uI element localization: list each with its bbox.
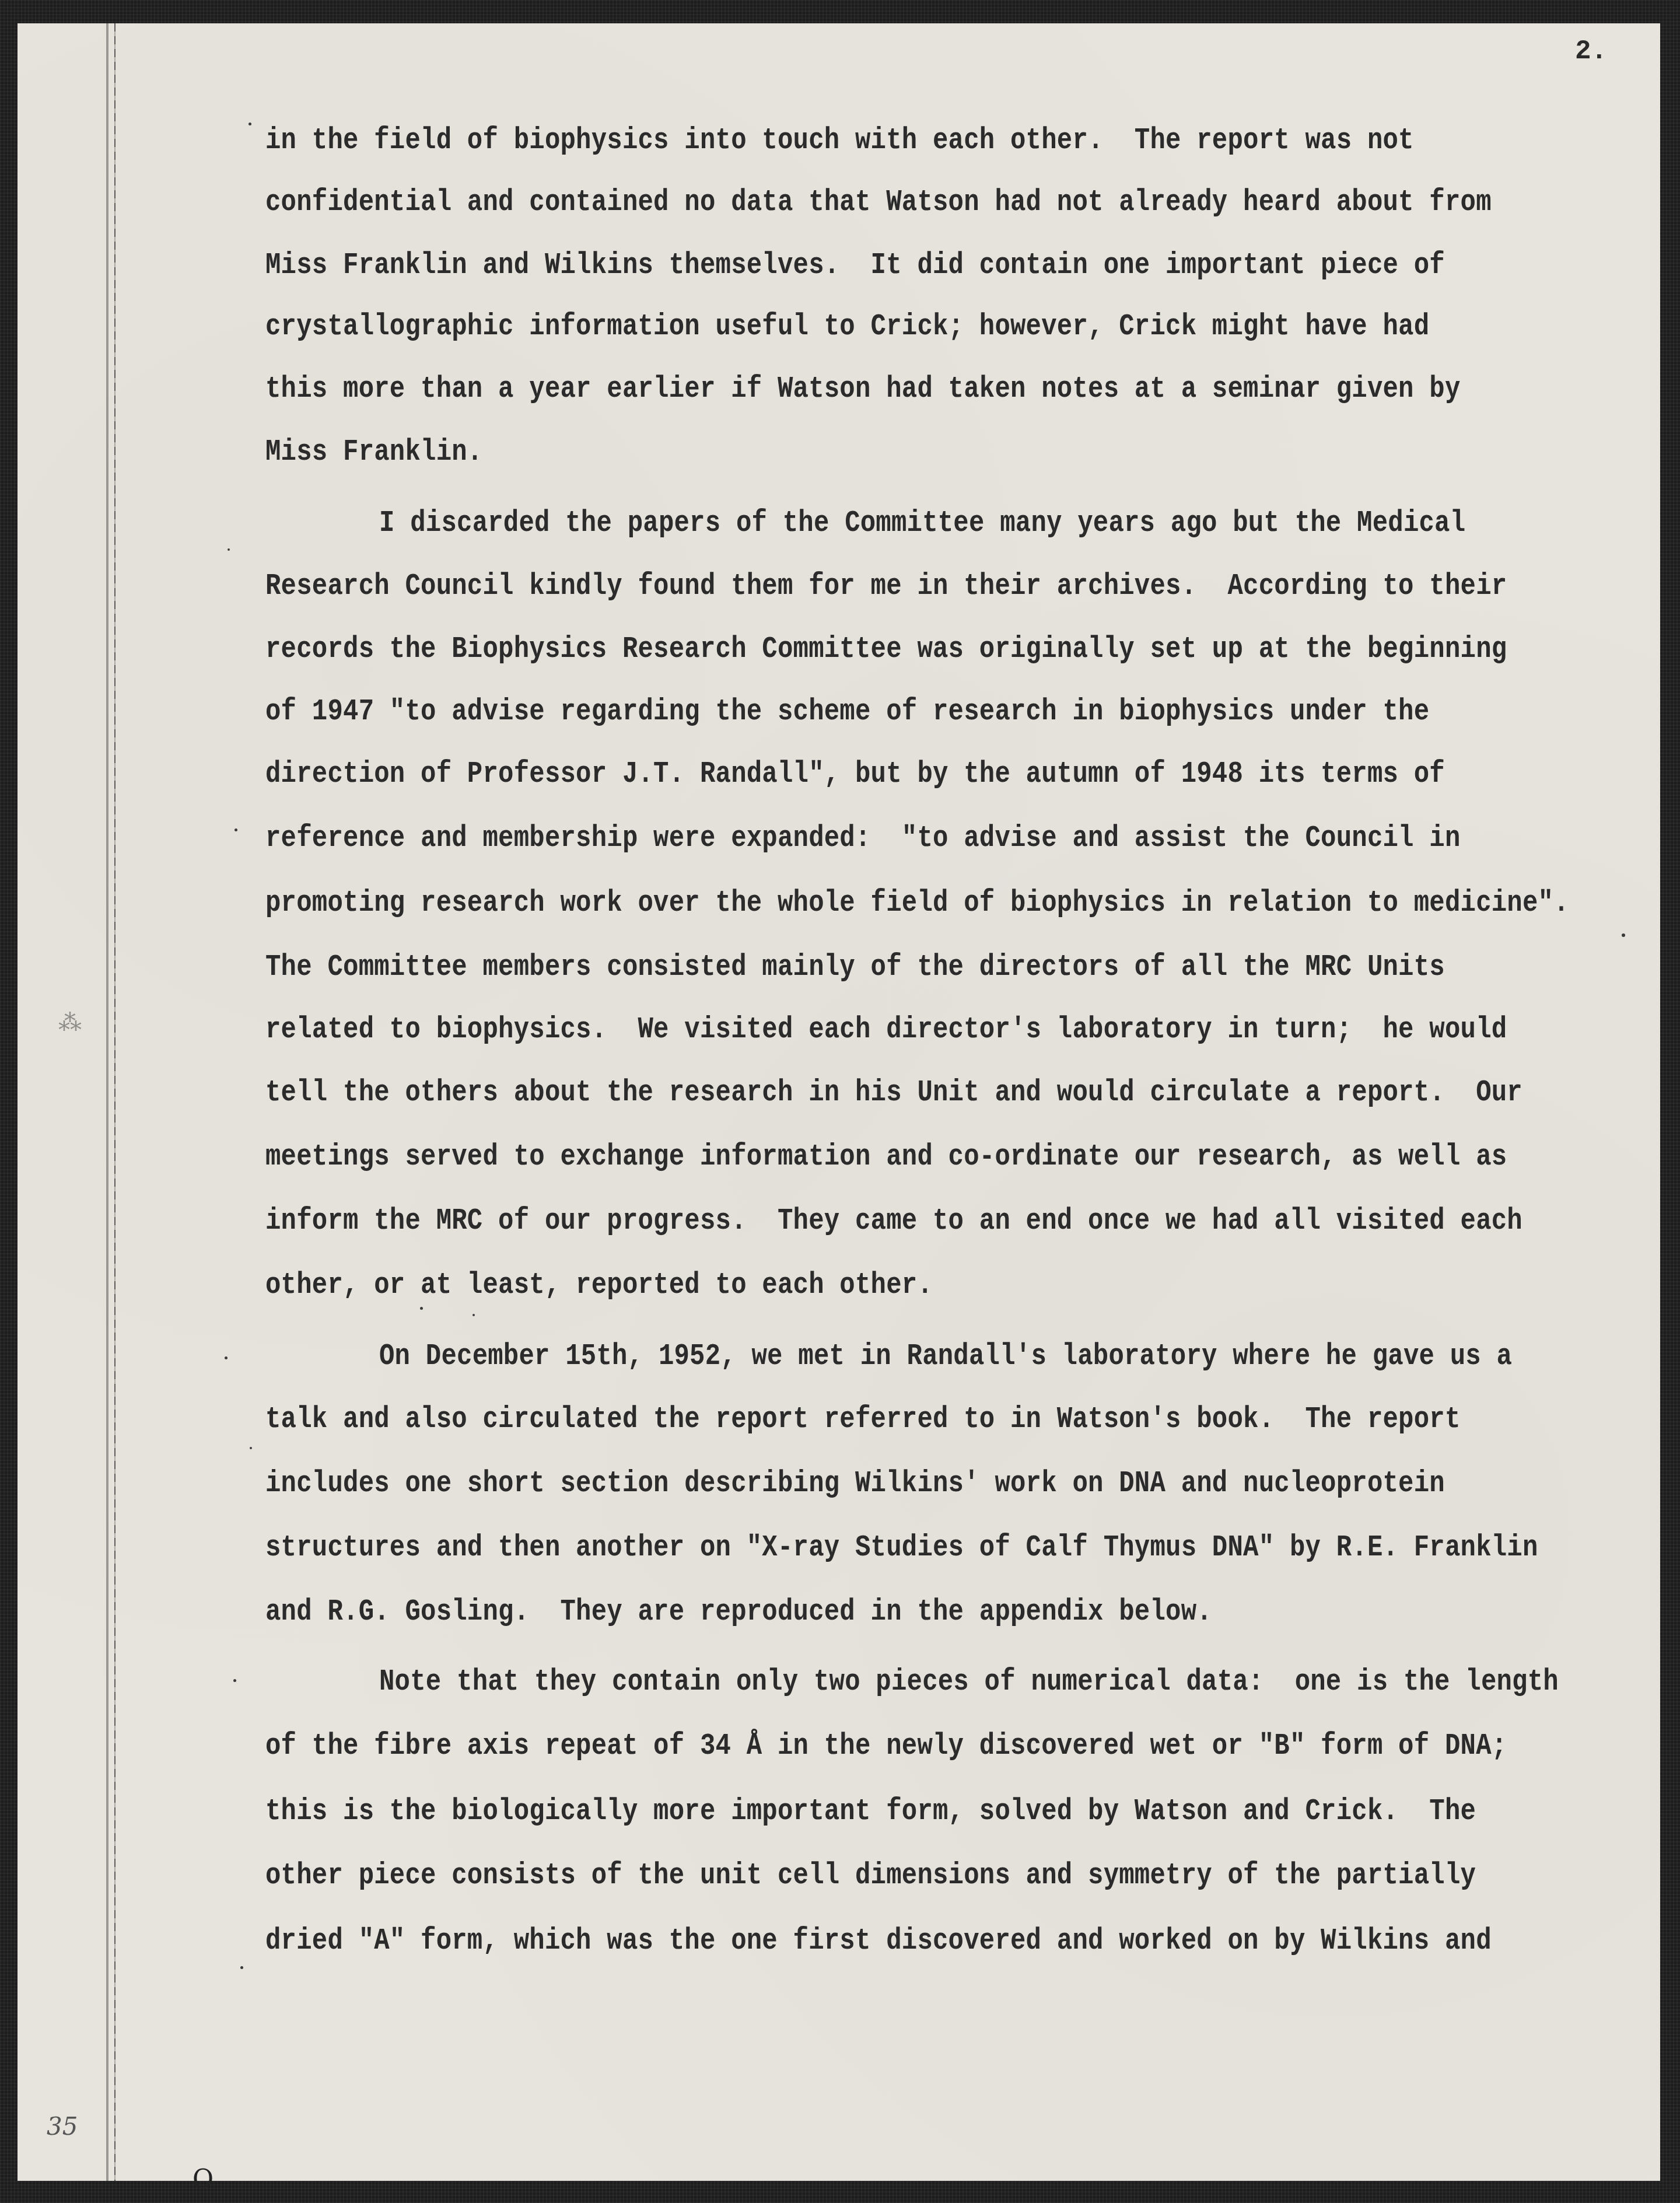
text-line: Research Council kindly found them for m… xyxy=(265,569,1507,604)
text-line: promoting research work over the whole f… xyxy=(265,886,1569,921)
text-line: in the field of biophysics into touch wi… xyxy=(265,124,1414,158)
text-line: talk and also circulated the report refe… xyxy=(265,1403,1461,1437)
text-line: includes one short section describing Wi… xyxy=(265,1467,1445,1501)
text-line: Note that they contain only two pieces o… xyxy=(379,1665,1559,1700)
page-number: 2. xyxy=(1575,36,1607,67)
document-page: 2. in the field of biophysics into touch… xyxy=(17,23,1660,2181)
text-line: On December 15th, 1952, we met in Randal… xyxy=(379,1340,1512,1374)
text-line: of the fibre axis repeat of 34 Å in the … xyxy=(265,1729,1507,1764)
text-line: Miss Franklin and Wilkins themselves. It… xyxy=(265,249,1445,283)
margin-rule-line xyxy=(114,23,116,2181)
margin-handwriting: 35 xyxy=(47,2112,78,2141)
binding-margin-shadow xyxy=(106,23,108,2181)
text-line: crystallographic information useful to C… xyxy=(265,310,1429,344)
text-line: I discarded the papers of the Committee … xyxy=(379,506,1465,541)
text-line: reference and membership were expanded: … xyxy=(265,821,1461,856)
text-line: other, or at least, reported to each oth… xyxy=(265,1268,933,1303)
text-line: confidential and contained no data that … xyxy=(265,186,1492,220)
text-line: other piece consists of the unit cell di… xyxy=(265,1859,1476,1893)
text-line: inform the MRC of our progress. They cam… xyxy=(265,1204,1522,1239)
text-line: The Committee members consisted mainly o… xyxy=(265,950,1445,985)
margin-smudge: ⁂ xyxy=(58,1009,82,1036)
text-line: and R.G. Gosling. They are reproduced in… xyxy=(265,1595,1212,1629)
circle-mark: O xyxy=(192,2164,213,2194)
text-line: tell the others about the research in hi… xyxy=(265,1076,1522,1110)
text-line: meetings served to exchange information … xyxy=(265,1140,1507,1174)
text-line: dried "A" form, which was the one first … xyxy=(265,1924,1492,1959)
text-line: Miss Franklin. xyxy=(265,435,482,470)
text-line: this more than a year earlier if Watson … xyxy=(265,372,1461,407)
text-line: of 1947 "to advise regarding the scheme … xyxy=(265,695,1429,729)
text-line: related to biophysics. We visited each d… xyxy=(265,1013,1507,1047)
text-line: records the Biophysics Research Committe… xyxy=(265,632,1507,667)
text-line: structures and then another on "X-ray St… xyxy=(265,1531,1538,1565)
text-line: direction of Professor J.T. Randall", bu… xyxy=(265,757,1445,792)
text-line: this is the biologically more important … xyxy=(265,1795,1476,1829)
